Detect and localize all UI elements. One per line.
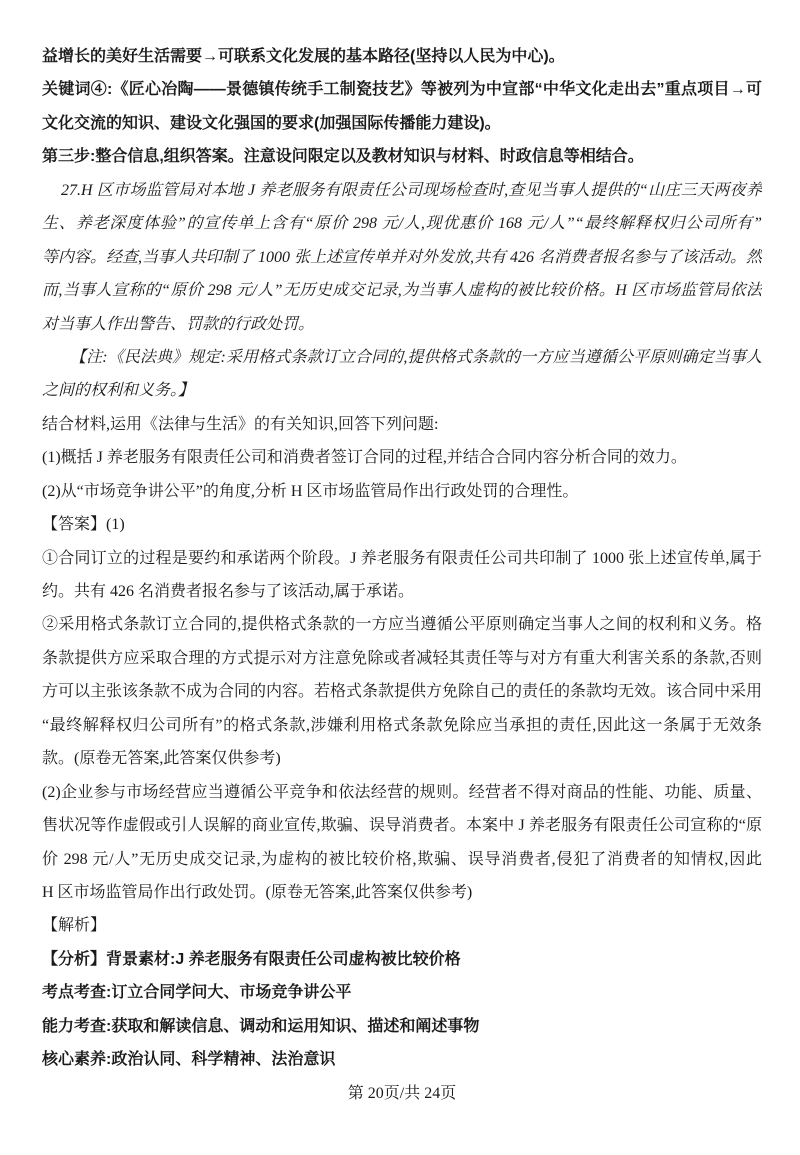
step3-line: 第三步:整合信息,组织答案。注意设问限定以及教材知识与材料、时政信息等相结合。 bbox=[42, 140, 762, 173]
answer-part2-line-3: 价 298 元/人”无历史成交记录,为虚构的被比较价格,欺骗、误导消费者,侵犯了… bbox=[42, 843, 762, 876]
question-instruction-line: 结合材料,运用《法律与生活》的有关知识,回答下列问题: bbox=[42, 408, 762, 441]
answer-part2-line-1: (2)企业参与市场经营应当遵循公平竞争和依法经营的规则。经营者不得对商品的性能、… bbox=[42, 776, 762, 809]
question27-stem-line-1: 27.H 区市场监管局对本地 J 养老服务有限责任公司现场检查时,查见当事人提供… bbox=[42, 174, 762, 207]
answer-point2-line-2: 条款提供方应采取合理的方式提示对方注意免除或者减轻其责任等与对方有重大利害关系的… bbox=[42, 642, 762, 675]
analysis-header: 【解析】 bbox=[42, 909, 762, 942]
question27-stem-line-4: 而,当事人宣称的“原价 298 元/人”无历史成交记录,为当事人虚构的被比较价格… bbox=[42, 274, 762, 307]
question27-stem-line-5: 对当事人作出警告、罚款的行政处罚。 bbox=[42, 308, 762, 341]
document-page: 益增长的美好生活需要→可联系文化发展的基本路径(坚持以人民为中心)。 关键词④:… bbox=[0, 0, 800, 1110]
analysis-background-line: 【分析】背景素材:J 养老服务有限责任公司虚构被比较价格 bbox=[42, 943, 762, 976]
culture-review-tail-line: 益增长的美好生活需要→可联系文化发展的基本路径(坚持以人民为中心)。 bbox=[42, 40, 762, 73]
core-literacy-line: 核心素养:政治认同、科学精神、法治意识 bbox=[42, 1043, 762, 1076]
answer-point2-line-3: 方可以主张该条款不成为合同的内容。若格式条款提供方免除自己的责任的条款均无效。该… bbox=[42, 675, 762, 708]
answer-point1-line-1: ①合同订立的过程是要约和承诺两个阶段。J 养老服务有限责任公司共印制了 1000… bbox=[42, 542, 762, 575]
question27-stem-line-2: 生、养老深度体验”的宣传单上含有“原价 298 元/人,现优惠价 168 元/人… bbox=[42, 207, 762, 240]
question27-stem-line-3: 等内容。经查,当事人共印制了 1000 张上述宣传单并对外发放,共有 426 名… bbox=[42, 241, 762, 274]
keyword4-line-2: 文化交流的知识、建设文化强国的要求(加强国际传播能力建设)。 bbox=[42, 107, 762, 140]
answer-point2-line-1: ②采用格式条款订立合同的,提供格式条款的一方应当遵循公平原则确定当事人之间的权利… bbox=[42, 608, 762, 641]
subquestion-1: (1)概括 J 养老服务有限责任公司和消费者签订合同的过程,并结合合同内容分析合… bbox=[42, 441, 762, 474]
answer-point2-line-4: “最终解释权归公司所有”的格式条款,涉嫌利用格式条款免除应当承担的责任,因此这一… bbox=[42, 709, 762, 742]
civil-code-note-line-2: 之间的权利和义务。】 bbox=[42, 374, 762, 407]
answer-header: 【答案】(1) bbox=[42, 508, 762, 541]
answer-part2-line-2: 售状况等作虚假或引人误解的商业宣传,欺骗、误导消费者。本案中 J 养老服务有限责… bbox=[42, 809, 762, 842]
answer-point1-line-2: 约。共有 426 名消费者报名参与了该活动,属于承诺。 bbox=[42, 575, 762, 608]
answer-part2-line-4: H 区市场监管局作出行政处罚。(原卷无答案,此答案仅供参考) bbox=[42, 876, 762, 909]
keyword4-line-1: 关键词④:《匠心冶陶——景德镇传统手工制瓷技艺》等被列为中宣部“中华文化走出去”… bbox=[42, 73, 762, 106]
answer-point2-line-5: 款。(原卷无答案,此答案仅供参考) bbox=[42, 742, 762, 775]
page-number: 第 20页/共 24页 bbox=[42, 1077, 762, 1110]
civil-code-note-line-1: 【注:《民法典》规定:采用格式条款订立合同的,提供格式条款的一方应当遵循公平原则… bbox=[42, 341, 762, 374]
subquestion-2: (2)从“市场竞争讲公平”的角度,分析 H 区市场监管局作出行政处罚的合理性。 bbox=[42, 475, 762, 508]
abilities-line: 能力考查:获取和解读信息、调动和运用知识、描述和阐述事物 bbox=[42, 1010, 762, 1043]
exam-points-line: 考点考查:订立合同学问大、市场竞争讲公平 bbox=[42, 976, 762, 1009]
